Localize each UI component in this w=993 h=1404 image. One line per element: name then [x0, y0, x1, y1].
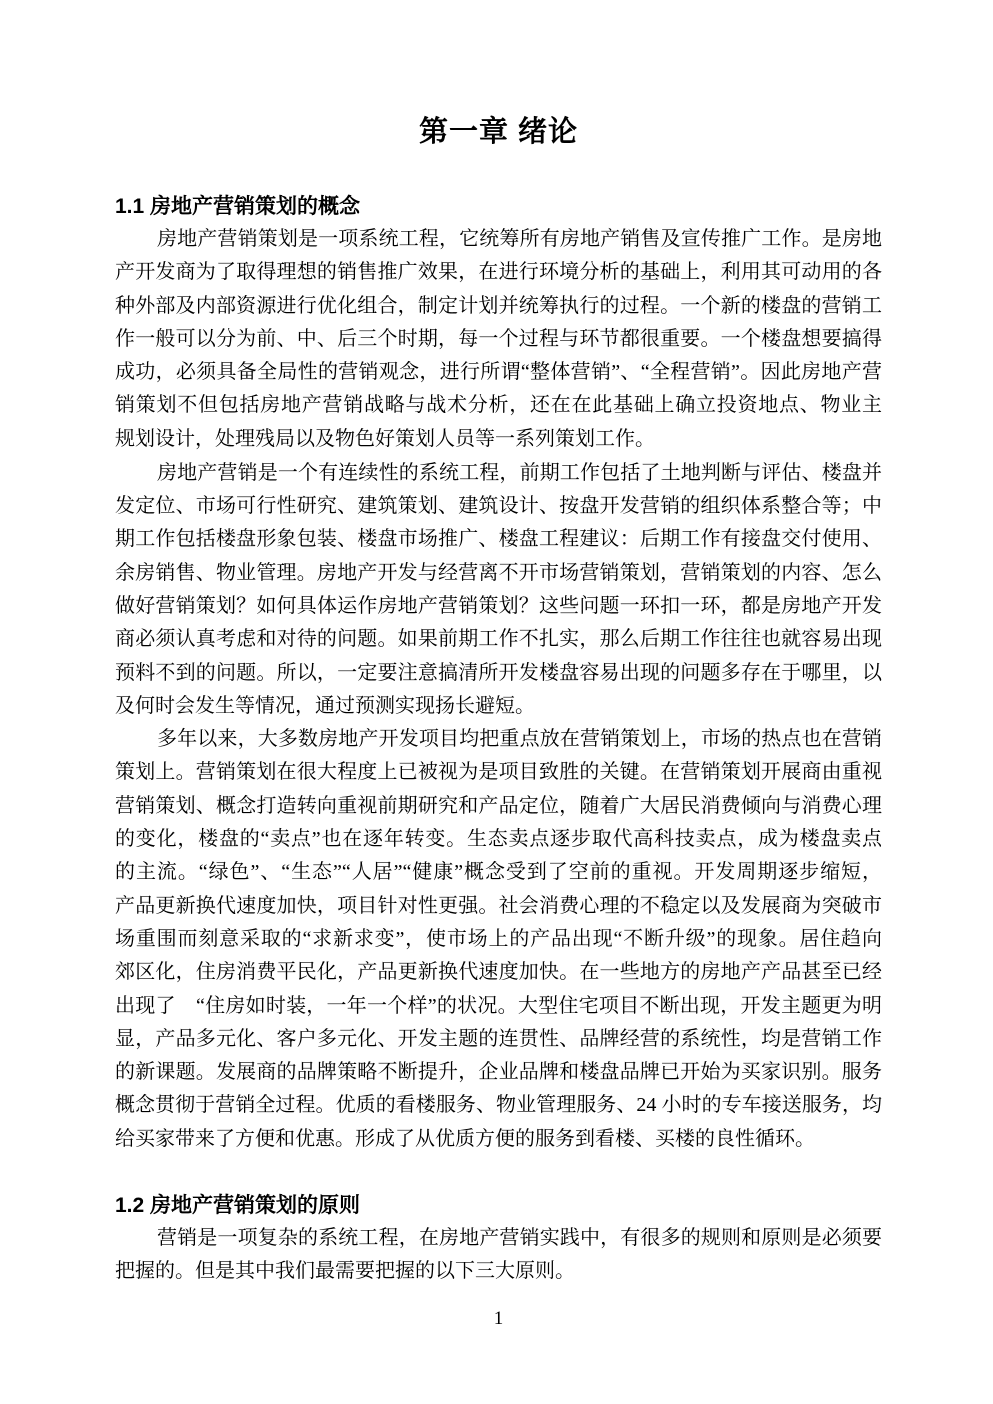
text-line: 把握的。但是其中我们最需要把握的以下三大原则。 [115, 1255, 882, 1288]
text-line: 发定位、市场可行性研究、建筑策划、建筑设计、按盘开发营销的组织体系整合等；中 [115, 490, 882, 523]
text-line: 销策划不但包括房地产营销战略与战术分析，还在在此基础上确立投资地点、物业主题、 [115, 389, 882, 423]
text-line: 作一般可以分为前、中、后三个时期，每一个过程与环节都很重要。一个楼盘想要搞得 [115, 323, 882, 356]
text-line: 郊区化，住房消费平民化，产品更新换代速度加快。在一些地方的房地产产品甚至已经 [115, 956, 882, 989]
text-line: 及何时会发生等情况，通过预测实现扬长避短。 [115, 690, 882, 723]
text-line: 做好营销策划？如何具体运作房地产营销策划？这些问题一环扣一环，都是房地产开发 [115, 590, 882, 623]
paragraph: 房地产营销策划是一项系统工程，它统筹所有房地产销售及宣传推广工作。是房地产开发商… [115, 223, 882, 457]
text-line: 余房销售、物业管理。房地产开发与经营离不开市场营销策划，营销策划的内容、怎么 [115, 557, 882, 590]
document-body: 1.1 房地产营销策划的概念房地产营销策划是一项系统工程，它统筹所有房地产销售及… [115, 190, 882, 1289]
text-line: 房地产营销策划是一项系统工程，它统筹所有房地产销售及宣传推广工作。是房地 [115, 223, 882, 256]
text-line: 的主流。“绿色”、“生态”“人居”“健康”概念受到了空前的重视。开发周期逐步缩短… [115, 856, 882, 889]
text-line: 成功，必须具备全局性的营销观念，进行所谓“整体营销”、“全程营销”。因此房地产营 [115, 356, 882, 389]
text-line: 产开发商为了取得理想的销售推广效果，在进行环境分析的基础上，利用其可动用的各 [115, 256, 882, 289]
text-line: 显，产品多元化、客户多元化、开发主题的连贯性、品牌经营的系统性，均是营销工作 [115, 1023, 882, 1056]
page-footer: 1 [115, 1307, 882, 1331]
paragraph: 多年以来，大多数房地产开发项目均把重点放在营销策划上，市场的热点也在营销策划上。… [115, 723, 882, 1156]
document-page: 第一章 绪论 1.1 房地产营销策划的概念房地产营销策划是一项系统工程，它统筹所… [0, 0, 993, 1404]
text-line: 出现了 “住房如时装，一年一个样”的状况。大型住宅项目不断出现，开发主题更为明 [115, 990, 882, 1023]
text-line: 预料不到的问题。所以，一定要注意搞清所开发楼盘容易出现的问题多存在于哪里，以 [115, 657, 882, 690]
text-line: 的新课题。发展商的品牌策略不断提升，企业品牌和楼盘品牌已开始为买家识别。服务 [115, 1056, 882, 1089]
text-line: 策划上。营销策划在很大程度上已被视为是项目致胜的关键。在营销策划开展商由重视 [115, 756, 882, 789]
text-line: 给买家带来了方便和优惠。形成了从优质方便的服务到看楼、买楼的良性循环。 [115, 1123, 882, 1156]
text-line: 概念贯彻于营销全过程。优质的看楼服务、物业管理服务、24 小时的专车接送服务，均 [115, 1089, 882, 1122]
page-number: 1 [494, 1308, 504, 1329]
paragraph: 营销是一项复杂的系统工程，在房地产营销实践中，有很多的规则和原则是必须要把握的。… [115, 1222, 882, 1289]
chapter-title: 第一章 绪论 [115, 113, 882, 151]
text-line: 场重围而刻意采取的“求新求变”，使市场上的产品出现“不断升级”的现象。居住趋向 [115, 923, 882, 956]
section-heading: 1.1 房地产营销策划的概念 [115, 190, 882, 223]
section-heading: 1.2 房地产营销策划的原则 [115, 1189, 882, 1222]
text-line: 营销是一项复杂的系统工程，在房地产营销实践中，有很多的规则和原则是必须要 [115, 1222, 882, 1255]
paragraph: 房地产营销是一个有连续性的系统工程，前期工作包括了土地判断与评估、楼盘并发定位、… [115, 457, 882, 723]
text-line: 的变化，楼盘的“卖点”也在逐年转变。生态卖点逐步取代高科技卖点，成为楼盘卖点 [115, 823, 882, 856]
text-line: 产品更新换代速度加快，项目针对性更强。社会消费心理的不稳定以及发展商为突破市 [115, 890, 882, 923]
text-line: 规划设计，处理残局以及物色好策划人员等一系列策划工作。 [115, 423, 882, 456]
text-line: 多年以来，大多数房地产开发项目均把重点放在营销策划上，市场的热点也在营销 [115, 723, 882, 756]
text-line: 种外部及内部资源进行优化组合，制定计划并统筹执行的过程。一个新的楼盘的营销工 [115, 290, 882, 323]
text-line: 房地产营销是一个有连续性的系统工程，前期工作包括了土地判断与评估、楼盘并 [115, 457, 882, 490]
text-line: 期工作包括楼盘形象包装、楼盘市场推广、楼盘工程建议：后期工作有接盘交付使用、 [115, 523, 882, 556]
text-line: 商必须认真考虑和对待的问题。如果前期工作不扎实，那么后期工作往往也就容易出现 [115, 623, 882, 656]
text-line: 营销策划、概念打造转向重视前期研究和产品定位，随着广大居民消费倾向与消费心理 [115, 790, 882, 823]
